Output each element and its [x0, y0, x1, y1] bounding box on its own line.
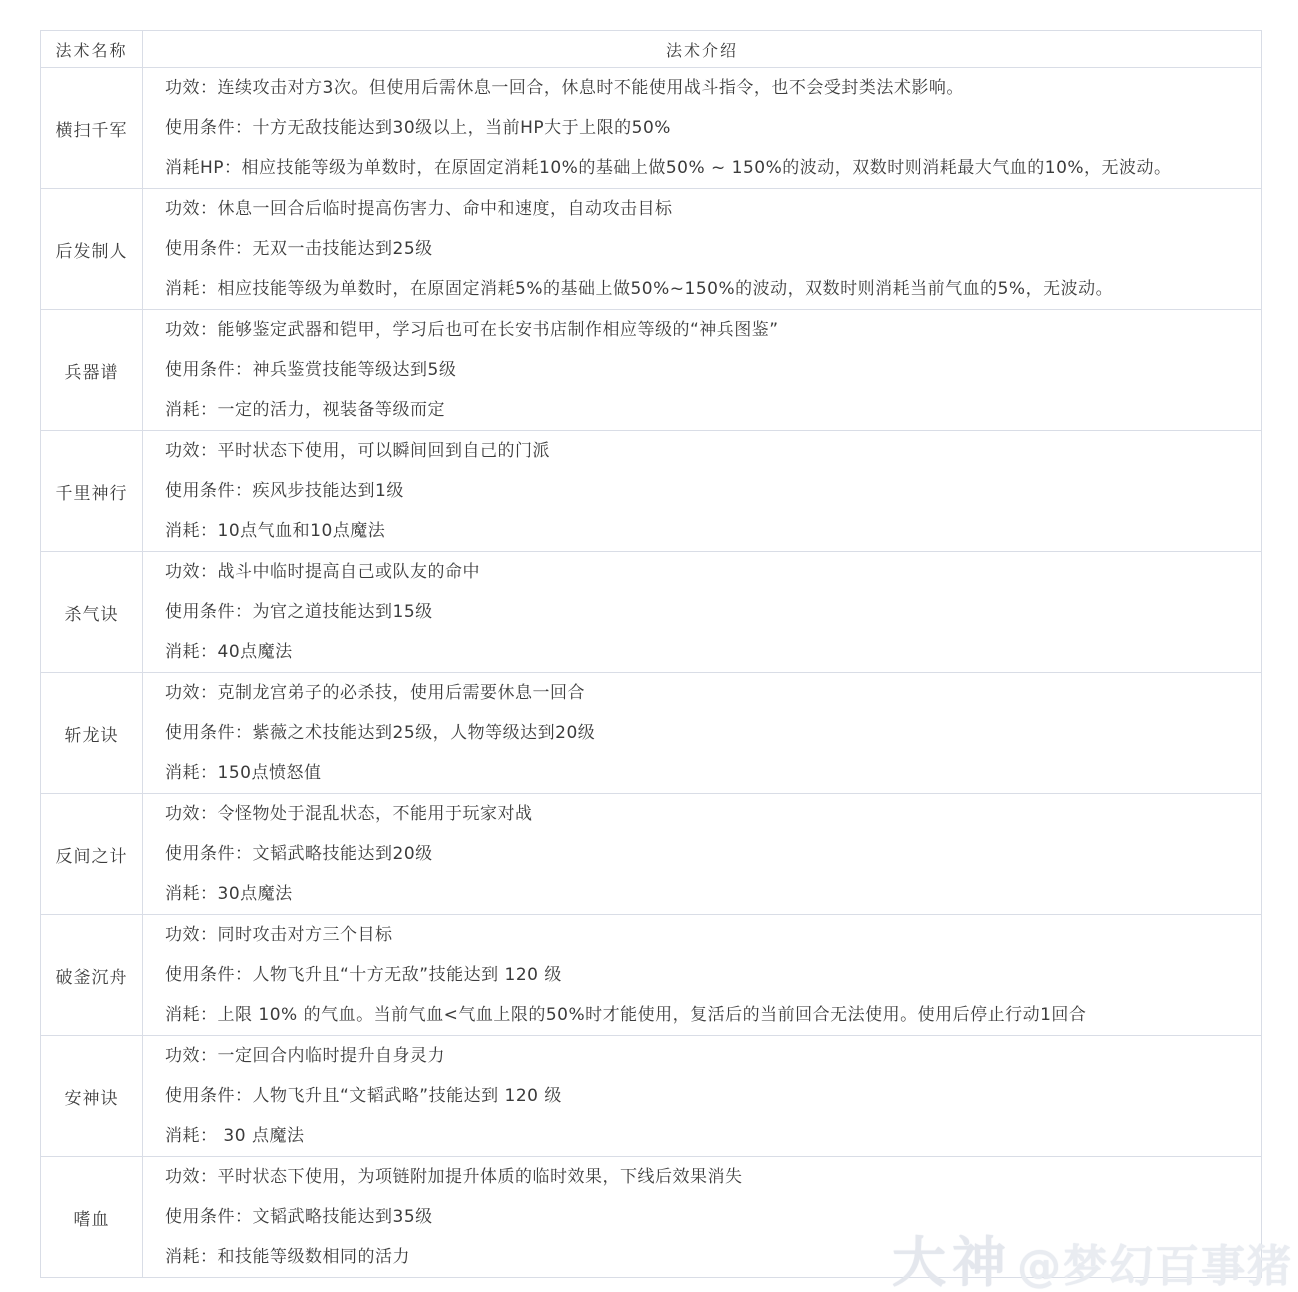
spell-effect-line: 功效：一定回合内临时提升自身灵力: [165, 1036, 1261, 1076]
table-row: 横扫千军 功效：连续攻击对方3次。但使用后需休息一回合，休息时不能使用战斗指令，…: [41, 67, 1261, 188]
spell-name: 千里神行: [41, 431, 143, 551]
spell-cost-line: 消耗：150点愤怒值: [165, 753, 1261, 793]
table-row: 斩龙诀 功效：克制龙宫弟子的必杀技，使用后需要休息一回合 使用条件：紫薇之术技能…: [41, 672, 1261, 793]
spell-name: 后发制人: [41, 189, 143, 309]
spells-table: 法术名称 法术介绍 横扫千军 功效：连续攻击对方3次。但使用后需休息一回合，休息…: [40, 30, 1262, 1278]
spell-condition-line: 使用条件：为官之道技能达到15级: [165, 592, 1261, 632]
spell-desc: 功效：同时攻击对方三个目标 使用条件：人物飞升且“十方无敌”技能达到 120 级…: [143, 915, 1261, 1035]
spell-cost-line: 消耗：30点魔法: [165, 874, 1261, 914]
spell-name: 杀气诀: [41, 552, 143, 672]
spell-desc: 功效：令怪物处于混乱状态，不能用于玩家对战 使用条件：文韬武略技能达到20级 消…: [143, 794, 1261, 914]
spell-effect-line: 功效：克制龙宫弟子的必杀技，使用后需要休息一回合: [165, 673, 1261, 713]
spell-condition-line: 使用条件：疾风步技能达到1级: [165, 471, 1261, 511]
table-row: 破釜沉舟 功效：同时攻击对方三个目标 使用条件：人物飞升且“十方无敌”技能达到 …: [41, 914, 1261, 1035]
spell-desc: 功效：克制龙宫弟子的必杀技，使用后需要休息一回合 使用条件：紫薇之术技能达到25…: [143, 673, 1261, 793]
spell-effect-line: 功效：平时状态下使用，可以瞬间回到自己的门派: [165, 431, 1261, 471]
spell-desc: 功效：能够鉴定武器和铠甲，学习后也可在长安书店制作相应等级的“神兵图鉴” 使用条…: [143, 310, 1261, 430]
spell-cost-line: 消耗：上限 10% 的气血。当前气血<气血上限的50%时才能使用，复活后的当前回…: [165, 995, 1261, 1035]
spell-desc: 功效：战斗中临时提高自己或队友的命中 使用条件：为官之道技能达到15级 消耗：4…: [143, 552, 1261, 672]
spell-condition-line: 使用条件：人物飞升且“十方无敌”技能达到 120 级: [165, 955, 1261, 995]
spell-cost-line: 消耗：40点魔法: [165, 632, 1261, 672]
spell-effect-line: 功效：令怪物处于混乱状态，不能用于玩家对战: [165, 794, 1261, 834]
header-spell-name: 法术名称: [41, 31, 143, 67]
spell-effect-line: 功效：战斗中临时提高自己或队友的命中: [165, 552, 1261, 592]
spell-name: 安神诀: [41, 1036, 143, 1156]
spell-desc: 功效：平时状态下使用，可以瞬间回到自己的门派 使用条件：疾风步技能达到1级 消耗…: [143, 431, 1261, 551]
spell-name: 破釜沉舟: [41, 915, 143, 1035]
spell-desc: 功效：连续攻击对方3次。但使用后需休息一回合，休息时不能使用战斗指令，也不会受封…: [143, 68, 1261, 188]
spell-cost-line: 消耗： 30 点魔法: [165, 1116, 1261, 1156]
spell-condition-line: 使用条件：文韬武略技能达到20级: [165, 834, 1261, 874]
spell-cost-line: 消耗：和技能等级数相同的活力: [165, 1237, 1261, 1277]
spell-name: 横扫千军: [41, 68, 143, 188]
spell-condition-line: 使用条件：文韬武略技能达到35级: [165, 1197, 1261, 1237]
spell-name: 斩龙诀: [41, 673, 143, 793]
spell-name: 嗜血: [41, 1157, 143, 1277]
spell-effect-line: 功效：休息一回合后临时提高伤害力、命中和速度，自动攻击目标: [165, 189, 1261, 229]
spell-condition-line: 使用条件：十方无敌技能达到30级以上，当前HP大于上限的50%: [165, 108, 1261, 148]
spell-condition-line: 使用条件：紫薇之术技能达到25级，人物等级达到20级: [165, 713, 1261, 753]
table-row: 安神诀 功效：一定回合内临时提升自身灵力 使用条件：人物飞升且“文韬武略”技能达…: [41, 1035, 1261, 1156]
spell-effect-line: 功效：同时攻击对方三个目标: [165, 915, 1261, 955]
spell-desc: 功效：休息一回合后临时提高伤害力、命中和速度，自动攻击目标 使用条件：无双一击技…: [143, 189, 1261, 309]
table-row: 兵器谱 功效：能够鉴定武器和铠甲，学习后也可在长安书店制作相应等级的“神兵图鉴”…: [41, 309, 1261, 430]
header-spell-desc: 法术介绍: [143, 31, 1261, 67]
spell-cost-line: 消耗HP：相应技能等级为单数时，在原固定消耗10%的基础上做50% ~ 150%…: [165, 148, 1261, 188]
spell-condition-line: 使用条件：人物飞升且“文韬武略”技能达到 120 级: [165, 1076, 1261, 1116]
spell-cost-line: 消耗：一定的活力，视装备等级而定: [165, 390, 1261, 430]
spell-effect-line: 功效：能够鉴定武器和铠甲，学习后也可在长安书店制作相应等级的“神兵图鉴”: [165, 310, 1261, 350]
spell-cost-line: 消耗：相应技能等级为单数时，在原固定消耗5%的基础上做50%~150%的波动，双…: [165, 269, 1261, 309]
spell-desc: 功效：平时状态下使用，为项链附加提升体质的临时效果，下线后效果消失 使用条件：文…: [143, 1157, 1261, 1277]
table-row: 反间之计 功效：令怪物处于混乱状态，不能用于玩家对战 使用条件：文韬武略技能达到…: [41, 793, 1261, 914]
spell-condition-line: 使用条件：神兵鉴赏技能等级达到5级: [165, 350, 1261, 390]
spell-cost-line: 消耗：10点气血和10点魔法: [165, 511, 1261, 551]
spell-effect-line: 功效：平时状态下使用，为项链附加提升体质的临时效果，下线后效果消失: [165, 1157, 1261, 1197]
table-row: 杀气诀 功效：战斗中临时提高自己或队友的命中 使用条件：为官之道技能达到15级 …: [41, 551, 1261, 672]
table-row: 千里神行 功效：平时状态下使用，可以瞬间回到自己的门派 使用条件：疾风步技能达到…: [41, 430, 1261, 551]
spell-effect-line: 功效：连续攻击对方3次。但使用后需休息一回合，休息时不能使用战斗指令，也不会受封…: [165, 68, 1261, 108]
table-header-row: 法术名称 法术介绍: [41, 31, 1261, 67]
spell-name: 反间之计: [41, 794, 143, 914]
table-row: 后发制人 功效：休息一回合后临时提高伤害力、命中和速度，自动攻击目标 使用条件：…: [41, 188, 1261, 309]
spell-name: 兵器谱: [41, 310, 143, 430]
spell-desc: 功效：一定回合内临时提升自身灵力 使用条件：人物飞升且“文韬武略”技能达到 12…: [143, 1036, 1261, 1156]
table-row: 嗜血 功效：平时状态下使用，为项链附加提升体质的临时效果，下线后效果消失 使用条…: [41, 1156, 1261, 1277]
spell-condition-line: 使用条件：无双一击技能达到25级: [165, 229, 1261, 269]
